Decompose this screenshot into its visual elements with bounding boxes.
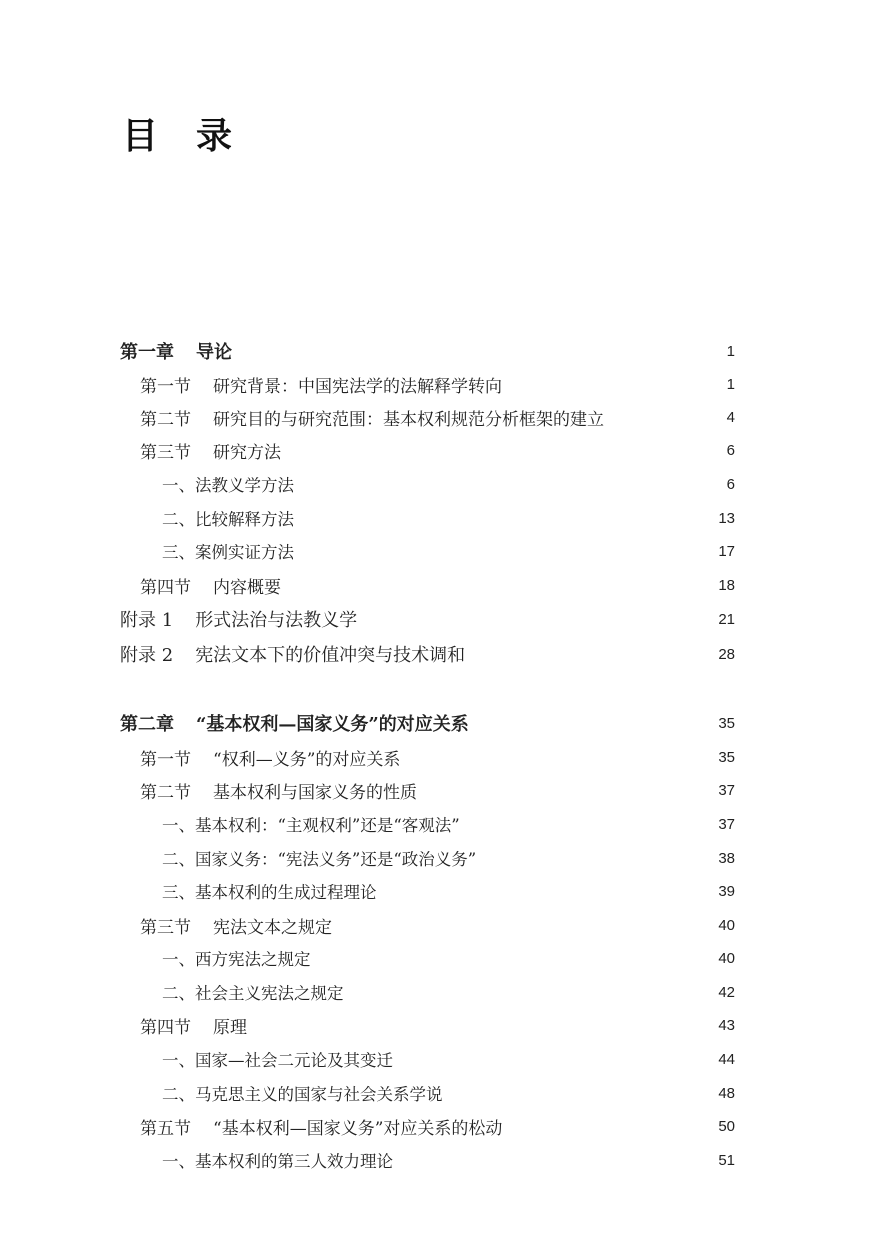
toc-entry-prefix: 第四节	[140, 578, 191, 598]
toc-entry-page-number: 6	[705, 476, 735, 493]
toc-entry-page-number: 40	[705, 917, 735, 934]
toc-entry-title: 原理	[213, 1018, 247, 1038]
toc-entry-prefix: 第四节	[140, 1018, 191, 1038]
toc-entry[interactable]: 第一章导论1	[120, 336, 735, 366]
toc-entry-label: 一、法教义学方法	[120, 472, 294, 496]
toc-entry-label: 一、西方宪法之规定	[120, 946, 311, 970]
toc-entry-label: 第三节宪法文本之规定	[120, 913, 332, 938]
toc-entry[interactable]: 附录 2宪法文本下的价值冲突与技术调和28	[120, 639, 735, 669]
toc-entry-label: 第三节研究方法	[120, 438, 281, 463]
toc-entry-title: 一、法教义学方法	[162, 476, 294, 495]
toc-entry[interactable]: 三、基本权利的生成过程理论39	[120, 876, 735, 906]
toc-entry[interactable]: 第一节研究背景：中国宪法学的法解释学转向1	[120, 369, 735, 399]
toc-entry-label: 第一节研究背景：中国宪法学的法解释学转向	[120, 372, 502, 397]
toc-entry-title: 三、基本权利的生成过程理论	[162, 883, 377, 902]
toc-entry-title: 二、社会主义宪法之规定	[162, 984, 344, 1003]
toc-entry-page-number: 35	[705, 715, 735, 732]
toc-entry-label: 附录 2宪法文本下的价值冲突与技术调和	[120, 641, 465, 667]
toc-entry-page-number: 51	[705, 1152, 735, 1169]
toc-entry-title: 研究目的与研究范围：基本权利规范分析框架的建立	[213, 410, 604, 430]
toc-entry[interactable]: 第一节“权利—义务”的对应关系35	[120, 742, 735, 772]
toc-entry-prefix: 第二章	[120, 714, 174, 735]
toc-entry-page-number: 44	[705, 1051, 735, 1068]
toc-entry-prefix: 第一节	[140, 750, 191, 770]
toc-entry-title: “基本权利—国家义务”对应关系的松动	[213, 1119, 502, 1139]
toc-entry-title: 内容概要	[213, 578, 281, 598]
toc-entry[interactable]: 三、案例实证方法17	[120, 536, 735, 566]
toc-entry-label: 第四节原理	[120, 1013, 247, 1038]
toc-entry-label: 第一章导论	[120, 338, 232, 364]
toc-entry-title: 宪法文本之规定	[213, 918, 332, 938]
toc-entry-prefix: 第三节	[140, 443, 191, 463]
toc-entry[interactable]: 二、社会主义宪法之规定42	[120, 977, 735, 1007]
toc-entry-page-number: 35	[705, 749, 735, 766]
toc-entry-prefix: 第一节	[140, 377, 191, 397]
toc-entry-label: 一、基本权利：“主观权利”还是“客观法”	[120, 812, 460, 836]
toc-entry-title: 二、比较解释方法	[162, 510, 294, 529]
toc-entry-page-number: 1	[705, 376, 735, 393]
toc-entry-page-number: 17	[705, 543, 735, 560]
toc-entry-title: 导论	[196, 342, 232, 363]
toc-entry-page-number: 6	[705, 442, 735, 459]
toc-entry-title: “基本权利—国家义务”的对应关系	[196, 714, 469, 735]
toc-entry-title: 一、基本权利的第三人效力理论	[162, 1152, 393, 1171]
toc-entry-label: 三、案例实证方法	[120, 539, 294, 563]
toc-entry-title: 宪法文本下的价值冲突与技术调和	[195, 645, 465, 666]
toc-entry[interactable]: 一、国家—社会二元论及其变迁44	[120, 1044, 735, 1074]
toc-entry-label: 三、基本权利的生成过程理论	[120, 879, 377, 903]
toc-entry[interactable]: 二、国家义务：“宪法义务”还是“政治义务”38	[120, 843, 735, 873]
toc-entry-title: 二、马克思主义的国家与社会关系学说	[162, 1085, 443, 1104]
toc-entry[interactable]: 二、马克思主义的国家与社会关系学说48	[120, 1078, 735, 1108]
toc-entry-page-number: 48	[705, 1085, 735, 1102]
toc-entry[interactable]: 第四节内容概要18	[120, 570, 735, 600]
toc-entry-page-number: 37	[705, 816, 735, 833]
toc-entry-label: 二、社会主义宪法之规定	[120, 980, 344, 1004]
toc-entry-page-number: 18	[705, 577, 735, 594]
toc-entry-title: 研究方法	[213, 443, 281, 463]
title-char-1: 目	[122, 108, 158, 159]
toc-entry[interactable]: 第五节“基本权利—国家义务”对应关系的松动50	[120, 1111, 735, 1141]
toc-entry[interactable]: 第二节基本权利与国家义务的性质37	[120, 775, 735, 805]
toc-entry-page-number: 4	[705, 409, 735, 426]
toc-entry-title: 研究背景：中国宪法学的法解释学转向	[213, 377, 502, 397]
toc-entry-title: 一、国家—社会二元论及其变迁	[162, 1051, 393, 1070]
toc-entry-label: 二、国家义务：“宪法义务”还是“政治义务”	[120, 846, 476, 870]
toc-entry[interactable]: 第三节研究方法6	[120, 435, 735, 465]
toc-entry-page-number: 13	[705, 510, 735, 527]
toc-entry-page-number: 38	[705, 850, 735, 867]
toc-entry-page-number: 43	[705, 1017, 735, 1034]
toc-entry-label: 二、马克思主义的国家与社会关系学说	[120, 1081, 443, 1105]
toc-entry-label: 第一节“权利—义务”的对应关系	[120, 745, 400, 770]
toc-entry-label: 第二章“基本权利—国家义务”的对应关系	[120, 710, 469, 736]
toc-entry-title: 一、基本权利：“主观权利”还是“客观法”	[162, 816, 460, 835]
toc-entry-title: 一、西方宪法之规定	[162, 950, 311, 969]
page-title: 目 录	[122, 108, 232, 159]
toc-entry-label: 附录 1形式法治与法教义学	[120, 606, 357, 632]
toc-entry-page-number: 1	[705, 343, 735, 360]
toc-entry[interactable]: 第二章“基本权利—国家义务”的对应关系35	[120, 708, 735, 738]
toc-entry-title: 基本权利与国家义务的性质	[213, 783, 417, 803]
toc-entry-prefix: 附录 2	[120, 645, 173, 666]
title-char-2: 录	[196, 108, 232, 159]
toc-entry[interactable]: 一、基本权利：“主观权利”还是“客观法”37	[120, 809, 735, 839]
toc-entry-page-number: 21	[705, 611, 735, 628]
toc-entry[interactable]: 一、西方宪法之规定40	[120, 943, 735, 973]
toc-entry-page-number: 28	[705, 646, 735, 663]
toc-entry-label: 二、比较解释方法	[120, 506, 294, 530]
toc-entry-page-number: 37	[705, 782, 735, 799]
toc-entry-title: 形式法治与法教义学	[195, 610, 357, 631]
toc-entry-label: 一、基本权利的第三人效力理论	[120, 1148, 393, 1172]
toc-entry-label: 第二节基本权利与国家义务的性质	[120, 778, 417, 803]
toc-entry-prefix: 第五节	[140, 1119, 191, 1139]
toc-entry-prefix: 第二节	[140, 410, 191, 430]
toc-entry-label: 第五节“基本权利—国家义务”对应关系的松动	[120, 1114, 502, 1139]
toc-entry-prefix: 第三节	[140, 918, 191, 938]
toc-entry[interactable]: 第二节研究目的与研究范围：基本权利规范分析框架的建立4	[120, 402, 735, 432]
toc-entry-label: 第四节内容概要	[120, 573, 281, 598]
toc-entry-label: 第二节研究目的与研究范围：基本权利规范分析框架的建立	[120, 405, 604, 430]
toc-entry-label: 一、国家—社会二元论及其变迁	[120, 1047, 393, 1071]
toc-entry-prefix: 附录 1	[120, 610, 173, 631]
toc-entry-title: “权利—义务”的对应关系	[213, 750, 400, 770]
toc-entry-title: 二、国家义务：“宪法义务”还是“政治义务”	[162, 850, 476, 869]
toc-entry-prefix: 第二节	[140, 783, 191, 803]
toc-entry-page-number: 39	[705, 883, 735, 900]
toc-entry[interactable]: 第四节原理43	[120, 1010, 735, 1040]
toc-entry-page-number: 40	[705, 950, 735, 967]
toc-entry-page-number: 50	[705, 1118, 735, 1135]
toc-entry[interactable]: 附录 1形式法治与法教义学21	[120, 604, 735, 634]
toc-entry-page-number: 42	[705, 984, 735, 1001]
toc-entry-title: 三、案例实证方法	[162, 543, 294, 562]
toc-entry-prefix: 第一章	[120, 342, 174, 363]
toc-entry[interactable]: 一、法教义学方法6	[120, 469, 735, 499]
toc-entry[interactable]: 一、基本权利的第三人效力理论51	[120, 1145, 735, 1175]
toc-entry[interactable]: 第三节宪法文本之规定40	[120, 910, 735, 940]
toc-entry[interactable]: 二、比较解释方法13	[120, 503, 735, 533]
